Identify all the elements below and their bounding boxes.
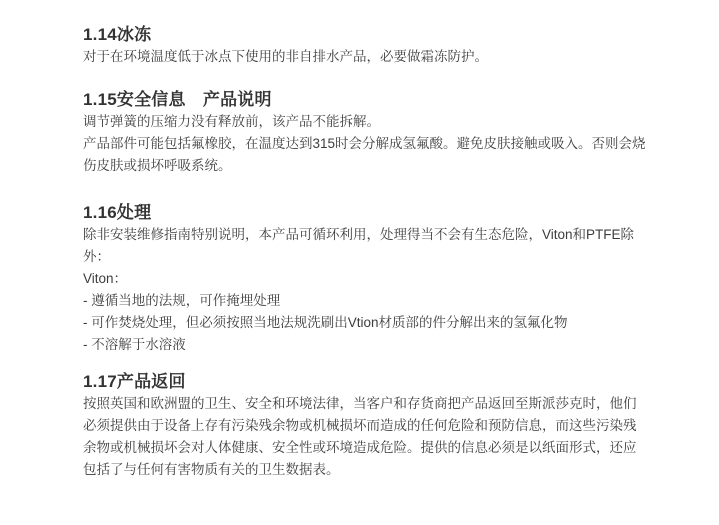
paragraph: 按照英国和欧洲盟的卫生、安全和环境法律，当客户和存货商把产品返回至斯派莎克时，他… [83, 393, 683, 481]
paragraph-viton-label: Viton： [83, 268, 683, 290]
list-item: - 不溶解于水溶液 [83, 334, 683, 356]
paragraph: 除非安装维修指南特别说明，本产品可循环利用，处理得当不会有生态危险，Viton和… [83, 224, 683, 268]
section-heading-freezing: 1.14冰冻 [83, 25, 683, 44]
section-safety-info: 1.15安全信息 产品说明 调节弹簧的压缩力没有释放前，该产品不能拆解。 产品部… [83, 90, 683, 177]
paragraph: 对于在环境温度低于冰点下使用的非自排水产品，必要做霜冻防护。 [83, 46, 683, 68]
section-heading-disposal: 1.16处理 [83, 203, 683, 222]
paragraph: 产品部件可能包括氟橡胶，在温度达到315时会分解成氢氟酸。避免皮肤接触或吸入。否… [83, 133, 683, 177]
paragraph: 调节弹簧的压缩力没有释放前，该产品不能拆解。 [83, 111, 683, 133]
document-content: 1.14冰冻 对于在环境温度低于冰点下使用的非自排水产品，必要做霜冻防护。 1.… [83, 25, 683, 481]
section-disposal: 1.16处理 除非安装维修指南特别说明，本产品可循环利用，处理得当不会有生态危险… [83, 203, 683, 356]
document-page: 1.14冰冻 对于在环境温度低于冰点下使用的非自排水产品，必要做霜冻防护。 1.… [0, 0, 719, 525]
section-heading-safety-info: 1.15安全信息 产品说明 [83, 90, 683, 109]
section-freezing: 1.14冰冻 对于在环境温度低于冰点下使用的非自排水产品，必要做霜冻防护。 [83, 25, 683, 68]
list-item: - 遵循当地的法规，可作掩埋处理 [83, 290, 683, 312]
section-product-returns: 1.17产品返回 按照英国和欧洲盟的卫生、安全和环境法律，当客户和存货商把产品返… [83, 372, 683, 481]
list-item: - 可作焚烧处理，但必须按照当地法规洗刷出Vtion材质部的件分解出来的氢氟化物 [83, 312, 683, 334]
section-heading-product-returns: 1.17产品返回 [83, 372, 683, 391]
